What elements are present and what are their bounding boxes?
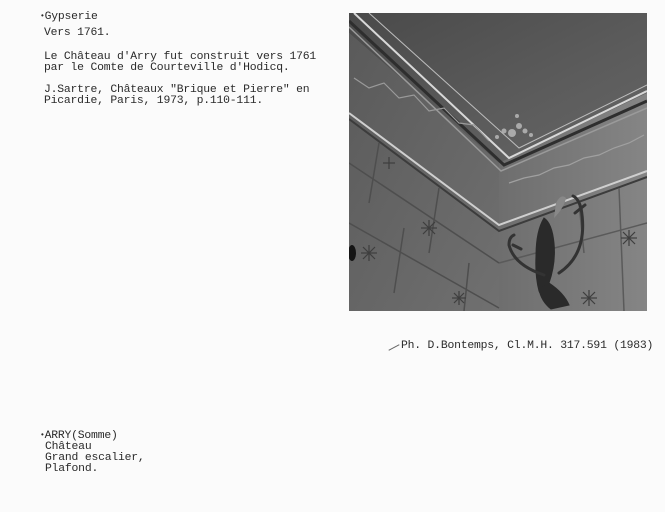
reference-line-2: Picardie, Paris, 1973, p.110-111. [44,96,263,107]
signature-mark [388,344,399,351]
description-line-2: par le Comte de Courteville d'Hodicq. [44,63,290,74]
photo-credit: Ph. D.Bontemps, Cl.M.H. 317.591 (1983) [401,341,653,352]
date-label: Vers 1761. [44,28,110,39]
ceiling-photograph [349,13,647,311]
subject-label: Gypserie [40,12,98,23]
location-detail: Plafond. [45,464,98,475]
